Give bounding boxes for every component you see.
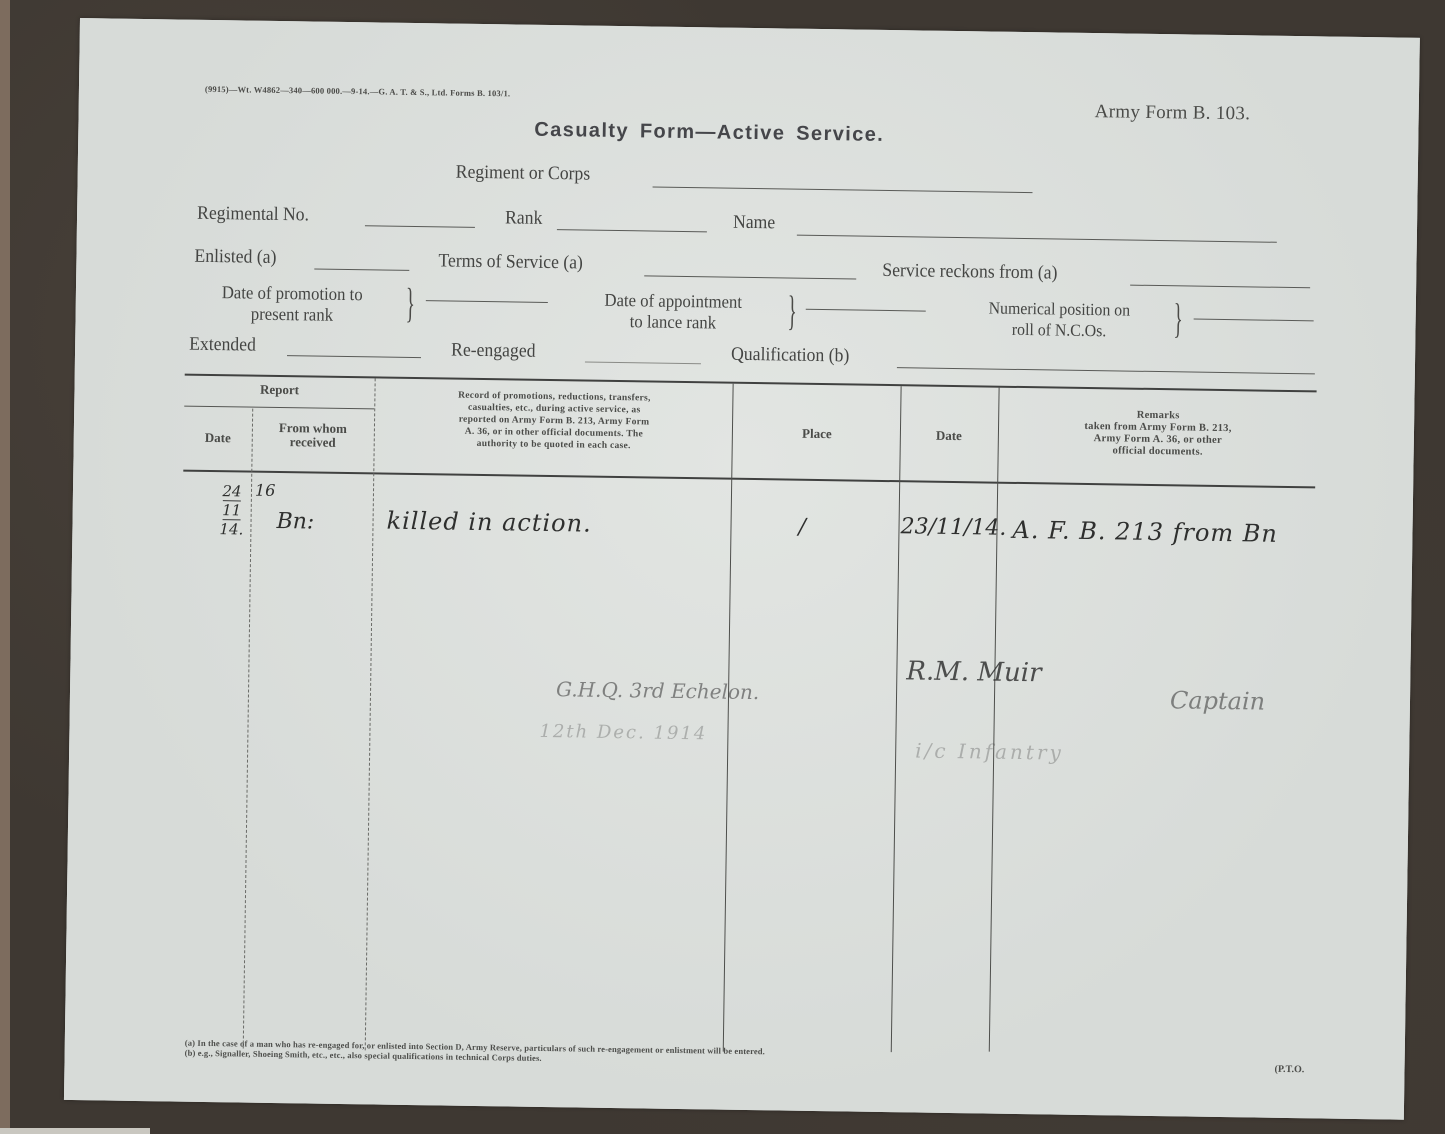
date-of-promotion-label: Date of promotion to present rank <box>189 282 394 327</box>
rank-field[interactable] <box>557 229 707 232</box>
numerical-position-field[interactable] <box>1194 319 1314 322</box>
row-from-whom-superscript: 16 <box>255 481 276 500</box>
header-date: Date <box>184 431 252 446</box>
row-date: 23/11/14. <box>900 514 1006 541</box>
date-of-appointment-label: Date of appointment to lance rank <box>571 289 774 334</box>
print-reference: (9915)—Wt. W4862—340—600 000.—9-14.—G. A… <box>205 84 510 99</box>
column-divider-from-whom <box>365 378 376 1050</box>
re-engaged-label: Re-engaged <box>451 340 536 363</box>
row-report-date-day: 24 <box>219 482 245 500</box>
table-header-bottom-rule <box>183 470 1315 489</box>
extended-label: Extended <box>189 334 256 357</box>
form-title: Casualty Form—Active Service. <box>534 119 884 147</box>
form-code: Army Form B. 103. <box>1095 101 1251 125</box>
terms-of-service-label: Terms of Service (a) <box>438 250 583 274</box>
brace-icon: } <box>1173 298 1183 340</box>
column-divider-date2 <box>989 388 1000 1052</box>
regiment-field[interactable] <box>653 187 1033 194</box>
row-report-date-year: 14. <box>218 520 244 538</box>
numerical-position-label-line2: roll of N.C.Os. <box>947 318 1170 342</box>
date-of-promotion-field[interactable] <box>426 300 548 303</box>
date-of-appointment-field[interactable] <box>806 309 926 312</box>
header-record: Record of promotions, reductions, transf… <box>378 388 731 453</box>
name-label: Name <box>733 212 776 235</box>
regimental-no-field[interactable] <box>365 225 475 228</box>
report-subheader-rule <box>184 406 374 410</box>
column-divider-place <box>891 386 902 1052</box>
brace-icon: } <box>787 291 797 333</box>
header-from-whom-line2: received <box>252 435 374 451</box>
header-place: Place <box>734 426 900 442</box>
brace-icon: } <box>405 283 415 325</box>
table-row: 24 11 14. 16 Bn: killed in action. / 23/… <box>80 18 1420 38</box>
terms-of-service-field[interactable] <box>644 275 856 279</box>
please-turn-over: (P.T.O. <box>1274 1064 1304 1075</box>
row-report-date-month: 11 <box>219 501 245 519</box>
date-of-appointment-label-line2: to lance rank <box>571 310 774 334</box>
echelon-stamp-line2: 12th Dec. 1914 <box>539 721 707 744</box>
enlisted-label: Enlisted (a) <box>194 246 276 269</box>
numerical-position-label: Numerical position on roll of N.C.Os. <box>947 297 1171 342</box>
echelon-stamp-line1: G.H.Q. 3rd Echelon. <box>556 677 760 704</box>
background-edge-bottom <box>0 1128 150 1134</box>
officer-rank: Captain <box>1170 686 1266 715</box>
rank-label: Rank <box>505 207 543 230</box>
column-divider-record <box>723 384 734 1052</box>
date-of-appointment-label-line1: Date of appointment <box>572 289 775 313</box>
row-from-whom: Bn: <box>276 509 314 535</box>
officer-signature: R.M. Muir <box>906 656 1042 688</box>
casualty-form-sheet: (9915)—Wt. W4862—340—600 000.—9-14.—G. A… <box>64 18 1420 1120</box>
enlisted-field[interactable] <box>314 269 409 271</box>
name-field[interactable] <box>797 235 1277 243</box>
qualification-field[interactable] <box>897 367 1315 374</box>
extended-field[interactable] <box>287 355 421 358</box>
date-of-promotion-label-line2: present rank <box>189 303 394 327</box>
row-remarks: A. F. B. 213 from Bn <box>1012 516 1278 548</box>
qualification-label: Qualification (b) <box>731 344 850 368</box>
officer-unit: i/c Infantry <box>915 738 1064 764</box>
service-reckons-field[interactable] <box>1130 285 1310 289</box>
footnotes: (a) In the case of a man who has re-enga… <box>185 1038 765 1067</box>
re-engaged-field[interactable] <box>585 362 701 365</box>
regiment-label: Regiment or Corps <box>456 162 591 186</box>
row-report-date: 24 11 14. <box>218 482 245 538</box>
row-record: killed in action. <box>386 507 592 538</box>
row-place: / <box>798 515 806 540</box>
header-from-whom: From whom received <box>252 421 374 451</box>
regimental-no-label: Regimental No. <box>197 203 309 227</box>
background-edge <box>0 0 10 1134</box>
date-of-promotion-label-line1: Date of promotion to <box>190 282 395 306</box>
service-reckons-label: Service reckons from (a) <box>882 260 1057 285</box>
header-remarks: Remarks taken from Army Form B. 213, Arm… <box>1000 408 1317 461</box>
header-report: Report <box>184 382 374 399</box>
header-date2: Date <box>900 428 998 443</box>
